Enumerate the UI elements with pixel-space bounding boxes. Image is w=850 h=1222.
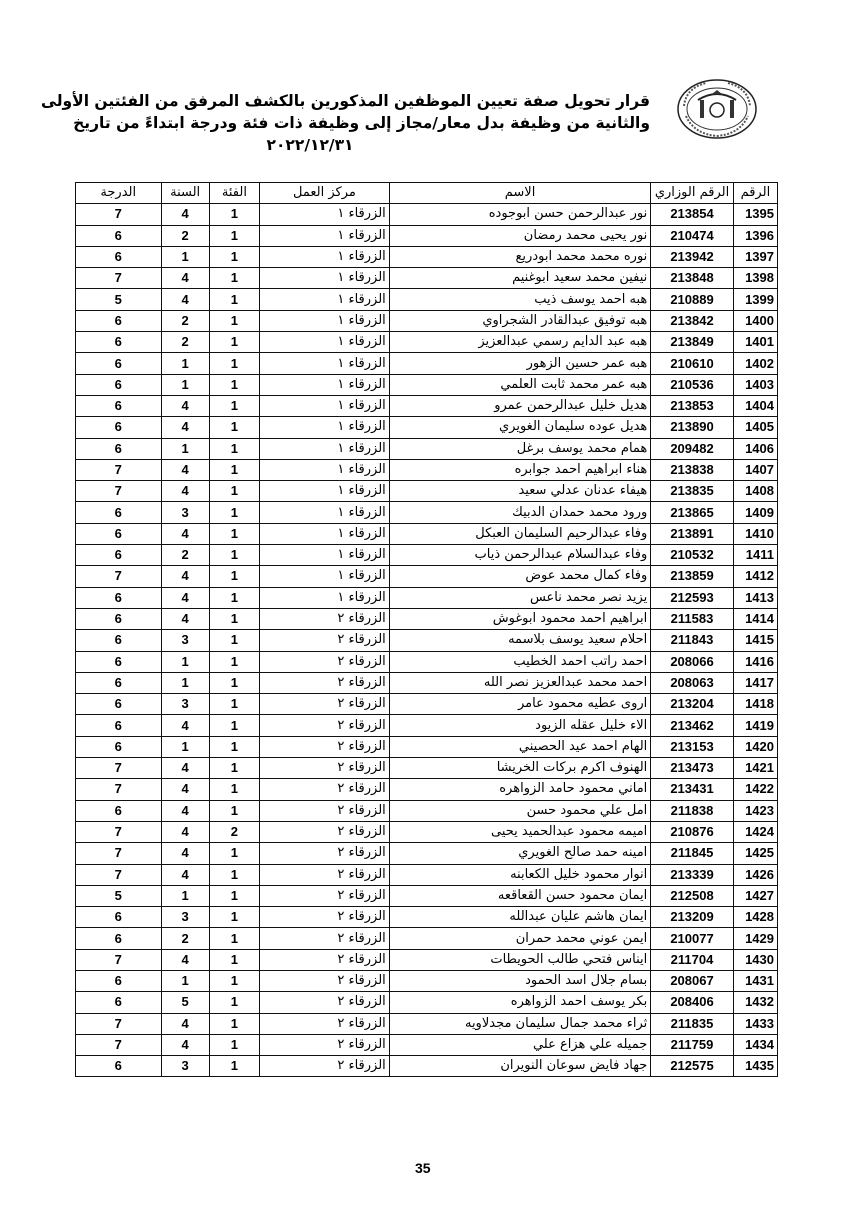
cell-center: الزرقاء ٢: [260, 1034, 390, 1055]
cell-name: هديل عوده سليمان الغويري: [389, 417, 650, 438]
cell-center: الزرقاء ٢: [260, 672, 390, 693]
cell-seq: 1408: [733, 481, 777, 502]
cell-name: هديل خليل عبدالرحمن عمرو: [389, 395, 650, 416]
cell-year: 3: [161, 502, 209, 523]
cell-id: 210889: [651, 289, 733, 310]
cell-category: 1: [209, 1013, 259, 1034]
cell-category: 2: [209, 821, 259, 842]
cell-center: الزرقاء ١: [260, 374, 390, 395]
cell-year: 4: [161, 204, 209, 225]
table-row: 1417208063احمد محمد عبدالعزيز نصر اللهال…: [76, 672, 778, 693]
cell-year: 4: [161, 566, 209, 587]
cell-seq: 1432: [733, 992, 777, 1013]
cell-category: 1: [209, 885, 259, 906]
cell-seq: 1413: [733, 587, 777, 608]
cell-center: الزرقاء ٢: [260, 1056, 390, 1077]
cell-name: بكر يوسف احمد الزواهره: [389, 992, 650, 1013]
cell-seq: 1412: [733, 566, 777, 587]
cell-id: 210474: [651, 225, 733, 246]
cell-seq: 1418: [733, 694, 777, 715]
cell-name: ورود محمد حمدان الدبيك: [389, 502, 650, 523]
cell-category: 1: [209, 502, 259, 523]
cell-seq: 1422: [733, 779, 777, 800]
cell-category: 1: [209, 481, 259, 502]
cell-seq: 1421: [733, 758, 777, 779]
cell-center: الزرقاء ٢: [260, 992, 390, 1013]
cell-id: 212593: [651, 587, 733, 608]
cell-category: 1: [209, 332, 259, 353]
cell-center: الزرقاء ١: [260, 395, 390, 416]
cell-id: 213865: [651, 502, 733, 523]
cell-grade: 7: [76, 566, 162, 587]
table-row: 1396210474نور يحيى محمد رمضانالزرقاء ١12…: [76, 225, 778, 246]
cell-year: 4: [161, 268, 209, 289]
cell-grade: 6: [76, 608, 162, 629]
employees-table: الرقمالرقم الوزاريالاسممركز العملالفئةال…: [75, 182, 778, 1077]
cell-seq: 1423: [733, 800, 777, 821]
cell-name: جميله علي هزاع علي: [389, 1034, 650, 1055]
cell-seq: 1410: [733, 523, 777, 544]
cell-id: 208067: [651, 970, 733, 991]
table-row: 1402210610هبه عمر حسين الزهورالزرقاء ١11…: [76, 353, 778, 374]
cell-seq: 1433: [733, 1013, 777, 1034]
table-row: 1425211845امينه حمد صالح الغويريالزرقاء …: [76, 843, 778, 864]
table-row: 1407213838هناء ابراهيم احمد جوابرهالزرقا…: [76, 459, 778, 480]
cell-id: 213473: [651, 758, 733, 779]
cell-id: 210536: [651, 374, 733, 395]
cell-grade: 6: [76, 523, 162, 544]
table-row: 1400213842هبه توفيق عبدالقادر الشجراويال…: [76, 310, 778, 331]
cell-center: الزرقاء ٢: [260, 864, 390, 885]
cell-grade: 6: [76, 502, 162, 523]
cell-category: 1: [209, 545, 259, 566]
cell-name: الهنوف اكرم بركات الخريشا: [389, 758, 650, 779]
cell-id: 213848: [651, 268, 733, 289]
cell-year: 1: [161, 970, 209, 991]
cell-year: 4: [161, 608, 209, 629]
cell-seq: 1416: [733, 651, 777, 672]
cell-grade: 6: [76, 630, 162, 651]
cell-id: 213153: [651, 736, 733, 757]
cell-seq: 1399: [733, 289, 777, 310]
cell-category: 1: [209, 992, 259, 1013]
cell-seq: 1427: [733, 885, 777, 906]
cell-center: الزرقاء ٢: [260, 758, 390, 779]
table-row: 1403210536هبه عمر محمد ثابت العلميالزرقا…: [76, 374, 778, 395]
cell-seq: 1406: [733, 438, 777, 459]
cell-seq: 1400: [733, 310, 777, 331]
cell-id: 213204: [651, 694, 733, 715]
cell-center: الزرقاء ٢: [260, 821, 390, 842]
table-row: 1401213849هبه عبد الدايم رسمي عبدالعزيزا…: [76, 332, 778, 353]
cell-seq: 1405: [733, 417, 777, 438]
cell-center: الزرقاء ١: [260, 332, 390, 353]
cell-grade: 6: [76, 310, 162, 331]
cell-id: 211835: [651, 1013, 733, 1034]
cell-grade: 7: [76, 268, 162, 289]
cell-id: 210610: [651, 353, 733, 374]
cell-year: 1: [161, 672, 209, 693]
cell-seq: 1415: [733, 630, 777, 651]
cell-grade: 7: [76, 779, 162, 800]
cell-grade: 7: [76, 843, 162, 864]
cell-name: نيفين محمد سعيد ابوغنيم: [389, 268, 650, 289]
cell-center: الزرقاء ١: [260, 289, 390, 310]
cell-id: 213859: [651, 566, 733, 587]
table-row: 1405213890هديل عوده سليمان الغويريالزرقا…: [76, 417, 778, 438]
table-row: 1415211843احلام سعيد يوسف بلاسمهالزرقاء …: [76, 630, 778, 651]
cell-year: 4: [161, 481, 209, 502]
cell-id: 211843: [651, 630, 733, 651]
cell-id: 213835: [651, 481, 733, 502]
cell-seq: 1402: [733, 353, 777, 374]
cell-seq: 1419: [733, 715, 777, 736]
cell-name: هبه احمد يوسف ذيب: [389, 289, 650, 310]
table-row: 1419213462الاء خليل عقله الزيودالزرقاء ٢…: [76, 715, 778, 736]
cell-name: وفاء كمال محمد عوض: [389, 566, 650, 587]
cell-name: نور يحيى محمد رمضان: [389, 225, 650, 246]
cell-year: 1: [161, 438, 209, 459]
cell-year: 3: [161, 694, 209, 715]
table-row: 1408213835هيفاء عدنان عدلي سعيدالزرقاء ١…: [76, 481, 778, 502]
table-row: 1418213204اروى عطيه محمود عامرالزرقاء ٢1…: [76, 694, 778, 715]
table-row: 1420213153الهام احمد عيد الحصينيالزرقاء …: [76, 736, 778, 757]
cell-name: انوار محمود خليل الكعابنه: [389, 864, 650, 885]
table-row: 1428213209ايمان هاشم عليان عبداللهالزرقا…: [76, 907, 778, 928]
table-row: 1406209482همام محمد يوسف برغلالزرقاء ١11…: [76, 438, 778, 459]
cell-name: احمد محمد عبدالعزيز نصر الله: [389, 672, 650, 693]
cell-name: اميمه محمود عبدالحميد يحيى: [389, 821, 650, 842]
cell-name: ايمن عوني محمد حمران: [389, 928, 650, 949]
cell-seq: 1401: [733, 332, 777, 353]
cell-grade: 6: [76, 907, 162, 928]
cell-id: 208066: [651, 651, 733, 672]
cell-grade: 7: [76, 459, 162, 480]
cell-name: امل علي محمود حسن: [389, 800, 650, 821]
cell-grade: 5: [76, 289, 162, 310]
cell-grade: 7: [76, 821, 162, 842]
cell-grade: 6: [76, 438, 162, 459]
cell-id: 213853: [651, 395, 733, 416]
cell-name: جهاد فايض سوعان النويران: [389, 1056, 650, 1077]
cell-grade: 6: [76, 545, 162, 566]
cell-year: 3: [161, 907, 209, 928]
table-row: 1421213473الهنوف اكرم بركات الخريشاالزرق…: [76, 758, 778, 779]
cell-category: 1: [209, 800, 259, 821]
cell-category: 1: [209, 864, 259, 885]
cell-year: 4: [161, 289, 209, 310]
cell-center: الزرقاء ٢: [260, 970, 390, 991]
cell-center: الزرقاء ١: [260, 587, 390, 608]
cell-seq: 1411: [733, 545, 777, 566]
cell-name: وفاء عبدالسلام عبدالرحمن ذياب: [389, 545, 650, 566]
cell-seq: 1417: [733, 672, 777, 693]
table-row: 1423211838امل علي محمود حسنالزرقاء ٢146: [76, 800, 778, 821]
cell-grade: 6: [76, 374, 162, 395]
table-row: 1414211583ابراهيم احمد محمود ابوغوشالزرق…: [76, 608, 778, 629]
document-title: قرار تحويل صفة تعيين الموظفين المذكورين …: [90, 90, 650, 156]
cell-year: 4: [161, 758, 209, 779]
table-row: 1430211704ايناس فتحي طالب الحويطاتالزرقا…: [76, 949, 778, 970]
cell-year: 1: [161, 246, 209, 267]
cell-category: 1: [209, 630, 259, 651]
cell-year: 1: [161, 353, 209, 374]
col-ministry-id-header: الرقم الوزاري: [651, 183, 733, 204]
cell-id: 211759: [651, 1034, 733, 1055]
cell-id: 211704: [651, 949, 733, 970]
cell-year: 4: [161, 949, 209, 970]
cell-grade: 6: [76, 1056, 162, 1077]
cell-id: 213838: [651, 459, 733, 480]
cell-grade: 6: [76, 587, 162, 608]
col-seq-header: الرقم: [733, 183, 777, 204]
cell-category: 1: [209, 651, 259, 672]
table-row: 1431208067بسام جلال اسد الحمودالزرقاء ٢1…: [76, 970, 778, 991]
cell-year: 1: [161, 736, 209, 757]
cell-seq: 1398: [733, 268, 777, 289]
cell-year: 3: [161, 1056, 209, 1077]
cell-center: الزرقاء ١: [260, 353, 390, 374]
cell-id: 210077: [651, 928, 733, 949]
table-row: 1412213859وفاء كمال محمد عوضالزرقاء ١147: [76, 566, 778, 587]
cell-category: 1: [209, 1034, 259, 1055]
col-category-header: الفئة: [209, 183, 259, 204]
cell-category: 1: [209, 843, 259, 864]
table-row: 1435212575جهاد فايض سوعان النويرانالزرقا…: [76, 1056, 778, 1077]
cell-seq: 1409: [733, 502, 777, 523]
cell-grade: 6: [76, 395, 162, 416]
table-row: 1429210077ايمن عوني محمد حمرانالزرقاء ٢1…: [76, 928, 778, 949]
cell-grade: 7: [76, 864, 162, 885]
col-work-center-header: مركز العمل: [260, 183, 390, 204]
cell-id: 213891: [651, 523, 733, 544]
cell-grade: 7: [76, 758, 162, 779]
cell-category: 1: [209, 608, 259, 629]
cell-name: ايمان محمود حسن القعاقعه: [389, 885, 650, 906]
cell-center: الزرقاء ١: [260, 459, 390, 480]
cell-id: 213890: [651, 417, 733, 438]
cell-center: الزرقاء ١: [260, 310, 390, 331]
cell-center: الزرقاء ٢: [260, 885, 390, 906]
cell-category: 1: [209, 289, 259, 310]
cell-category: 1: [209, 928, 259, 949]
cell-category: 1: [209, 246, 259, 267]
table-row: 1427212508ايمان محمود حسن القعاقعهالزرقا…: [76, 885, 778, 906]
cell-year: 4: [161, 821, 209, 842]
cell-center: الزرقاء ١: [260, 438, 390, 459]
cell-category: 1: [209, 907, 259, 928]
cell-id: 210876: [651, 821, 733, 842]
cell-year: 4: [161, 587, 209, 608]
cell-grade: 6: [76, 715, 162, 736]
cell-center: الزرقاء ٢: [260, 630, 390, 651]
cell-category: 1: [209, 736, 259, 757]
cell-seq: 1404: [733, 395, 777, 416]
cell-name: امينه حمد صالح الغويري: [389, 843, 650, 864]
cell-grade: 6: [76, 332, 162, 353]
cell-name: الاء خليل عقله الزيود: [389, 715, 650, 736]
cell-category: 1: [209, 310, 259, 331]
cell-center: الزرقاء ١: [260, 268, 390, 289]
cell-grade: 7: [76, 949, 162, 970]
cell-center: الزرقاء ١: [260, 417, 390, 438]
cell-seq: 1431: [733, 970, 777, 991]
table-row: 1424210876اميمه محمود عبدالحميد يحيىالزر…: [76, 821, 778, 842]
table-row: 1426213339انوار محمود خليل الكعابنهالزرق…: [76, 864, 778, 885]
title-line-1: قرار تحويل صفة تعيين الموظفين المذكورين …: [90, 90, 650, 112]
cell-year: 4: [161, 417, 209, 438]
table-row: 1395213854نور عبدالرحمن حسن ابوجودهالزرق…: [76, 204, 778, 225]
cell-category: 1: [209, 566, 259, 587]
table-row: 1404213853هديل خليل عبدالرحمن عمروالزرقا…: [76, 395, 778, 416]
cell-id: 213431: [651, 779, 733, 800]
cell-year: 4: [161, 523, 209, 544]
cell-center: الزرقاء ٢: [260, 608, 390, 629]
cell-name: ايناس فتحي طالب الحويطات: [389, 949, 650, 970]
cell-grade: 6: [76, 651, 162, 672]
cell-year: 5: [161, 992, 209, 1013]
cell-name: احلام سعيد يوسف بلاسمه: [389, 630, 650, 651]
cell-grade: 7: [76, 1013, 162, 1034]
cell-grade: 7: [76, 204, 162, 225]
cell-category: 1: [209, 715, 259, 736]
table-row: 1411210532وفاء عبدالسلام عبدالرحمن ذيابا…: [76, 545, 778, 566]
cell-year: 2: [161, 310, 209, 331]
cell-name: يزيد نصر محمد ناعس: [389, 587, 650, 608]
cell-center: الزرقاء ٢: [260, 694, 390, 715]
cell-seq: 1414: [733, 608, 777, 629]
cell-center: الزرقاء ١: [260, 204, 390, 225]
table-header-row: الرقمالرقم الوزاريالاسممركز العملالفئةال…: [76, 183, 778, 204]
ministry-seal-logo: [676, 78, 758, 140]
cell-seq: 1425: [733, 843, 777, 864]
cell-grade: 5: [76, 885, 162, 906]
cell-name: هبه عبد الدايم رسمي عبدالعزيز: [389, 332, 650, 353]
cell-id: 213842: [651, 310, 733, 331]
cell-grade: 6: [76, 736, 162, 757]
cell-id: 211845: [651, 843, 733, 864]
cell-seq: 1420: [733, 736, 777, 757]
cell-year: 4: [161, 1013, 209, 1034]
table-row: 1398213848نيفين محمد سعيد ابوغنيمالزرقاء…: [76, 268, 778, 289]
cell-year: 2: [161, 545, 209, 566]
cell-year: 2: [161, 225, 209, 246]
table-body: 1395213854نور عبدالرحمن حسن ابوجودهالزرق…: [76, 204, 778, 1077]
cell-year: 4: [161, 459, 209, 480]
cell-center: الزرقاء ١: [260, 246, 390, 267]
cell-category: 1: [209, 523, 259, 544]
cell-category: 1: [209, 353, 259, 374]
cell-name: همام محمد يوسف برغل: [389, 438, 650, 459]
cell-id: 213854: [651, 204, 733, 225]
cell-name: الهام احمد عيد الحصيني: [389, 736, 650, 757]
cell-grade: 6: [76, 225, 162, 246]
cell-name: نور عبدالرحمن حسن ابوجوده: [389, 204, 650, 225]
table-row: 1416208066احمد راتب احمد الخطيبالزرقاء ٢…: [76, 651, 778, 672]
cell-id: 212575: [651, 1056, 733, 1077]
cell-category: 1: [209, 1056, 259, 1077]
table-row: 1432208406بكر يوسف احمد الزواهرهالزرقاء …: [76, 992, 778, 1013]
cell-center: الزرقاء ١: [260, 566, 390, 587]
cell-id: 209482: [651, 438, 733, 459]
cell-name: اروى عطيه محمود عامر: [389, 694, 650, 715]
cell-center: الزرقاء ١: [260, 502, 390, 523]
cell-seq: 1428: [733, 907, 777, 928]
cell-category: 1: [209, 758, 259, 779]
cell-category: 1: [209, 672, 259, 693]
cell-category: 1: [209, 949, 259, 970]
cell-category: 1: [209, 587, 259, 608]
cell-id: 213209: [651, 907, 733, 928]
cell-grade: 6: [76, 694, 162, 715]
cell-id: 212508: [651, 885, 733, 906]
cell-id: 211583: [651, 608, 733, 629]
page-number: 35: [415, 1160, 431, 1176]
cell-center: الزرقاء ١: [260, 523, 390, 544]
cell-grade: 6: [76, 353, 162, 374]
cell-seq: 1407: [733, 459, 777, 480]
cell-name: هناء ابراهيم احمد جوابره: [389, 459, 650, 480]
cell-grade: 6: [76, 417, 162, 438]
cell-seq: 1395: [733, 204, 777, 225]
cell-center: الزرقاء ١: [260, 481, 390, 502]
cell-seq: 1435: [733, 1056, 777, 1077]
cell-name: هيفاء عدنان عدلي سعيد: [389, 481, 650, 502]
cell-center: الزرقاء ١: [260, 225, 390, 246]
cell-grade: 6: [76, 800, 162, 821]
cell-year: 4: [161, 843, 209, 864]
cell-seq: 1397: [733, 246, 777, 267]
table-row: 1433211835ثراء محمد جمال سليمان مجدلاويه…: [76, 1013, 778, 1034]
cell-category: 1: [209, 204, 259, 225]
cell-center: الزرقاء ٢: [260, 736, 390, 757]
cell-year: 1: [161, 374, 209, 395]
cell-category: 1: [209, 268, 259, 289]
seal-icon: [676, 78, 758, 140]
cell-name: بسام جلال اسد الحمود: [389, 970, 650, 991]
cell-grade: 6: [76, 672, 162, 693]
cell-id: 211838: [651, 800, 733, 821]
cell-seq: 1424: [733, 821, 777, 842]
cell-category: 1: [209, 417, 259, 438]
cell-name: نوره محمد محمد ابودريع: [389, 246, 650, 267]
cell-name: اماني محمود حامد الزواهره: [389, 779, 650, 800]
cell-year: 4: [161, 395, 209, 416]
cell-seq: 1430: [733, 949, 777, 970]
cell-grade: 6: [76, 992, 162, 1013]
cell-year: 4: [161, 715, 209, 736]
cell-center: الزرقاء ١: [260, 545, 390, 566]
cell-grade: 6: [76, 970, 162, 991]
table-row: 1399210889هبه احمد يوسف ذيبالزرقاء ١145: [76, 289, 778, 310]
cell-grade: 6: [76, 246, 162, 267]
table-row: 1434211759جميله علي هزاع عليالزرقاء ٢147: [76, 1034, 778, 1055]
table-row: 1413212593يزيد نصر محمد ناعسالزرقاء ١146: [76, 587, 778, 608]
table-row: 1410213891وفاء عبدالرحيم السليمان العبكل…: [76, 523, 778, 544]
cell-seq: 1396: [733, 225, 777, 246]
cell-year: 4: [161, 779, 209, 800]
cell-category: 1: [209, 970, 259, 991]
cell-category: 1: [209, 438, 259, 459]
title-date: ٢٠٢٢/١٢/٣١: [90, 134, 650, 156]
cell-year: 1: [161, 885, 209, 906]
cell-year: 3: [161, 630, 209, 651]
table-row: 1397213942نوره محمد محمد ابودريعالزرقاء …: [76, 246, 778, 267]
cell-seq: 1429: [733, 928, 777, 949]
cell-id: 208063: [651, 672, 733, 693]
cell-name: هبه توفيق عبدالقادر الشجراوي: [389, 310, 650, 331]
cell-seq: 1403: [733, 374, 777, 395]
